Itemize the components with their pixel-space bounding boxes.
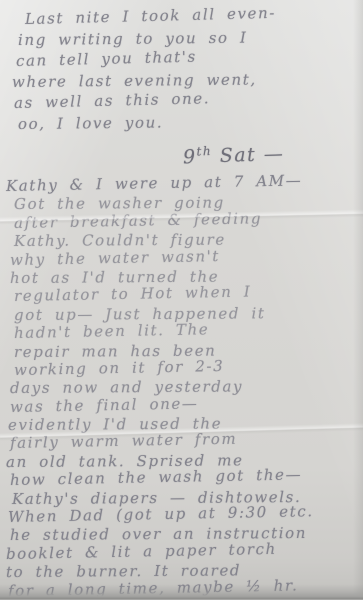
letter-paragraph-1: Last nite I took all even-ing writing to… bbox=[0, 9, 363, 135]
letter-body: Last nite I took all even-ing writing to… bbox=[0, 9, 363, 600]
date-heading: 9th Sat — bbox=[182, 133, 363, 171]
letter-paragraph-2: Kathy & I were up at 7 AM—Got the washer… bbox=[0, 177, 363, 600]
date-day: 9 bbox=[183, 146, 197, 168]
date-rest: Sat — bbox=[219, 143, 284, 167]
handwritten-line: Last nite I took all even- bbox=[25, 1, 363, 30]
date-ordinal: th bbox=[196, 144, 212, 159]
handwritten-line: oo, I love you. bbox=[18, 110, 363, 135]
handwritten-line: Kathy & I were up at 7 AM— bbox=[6, 170, 363, 195]
letter-page: Last nite I took all even-ing writing to… bbox=[0, 0, 363, 600]
